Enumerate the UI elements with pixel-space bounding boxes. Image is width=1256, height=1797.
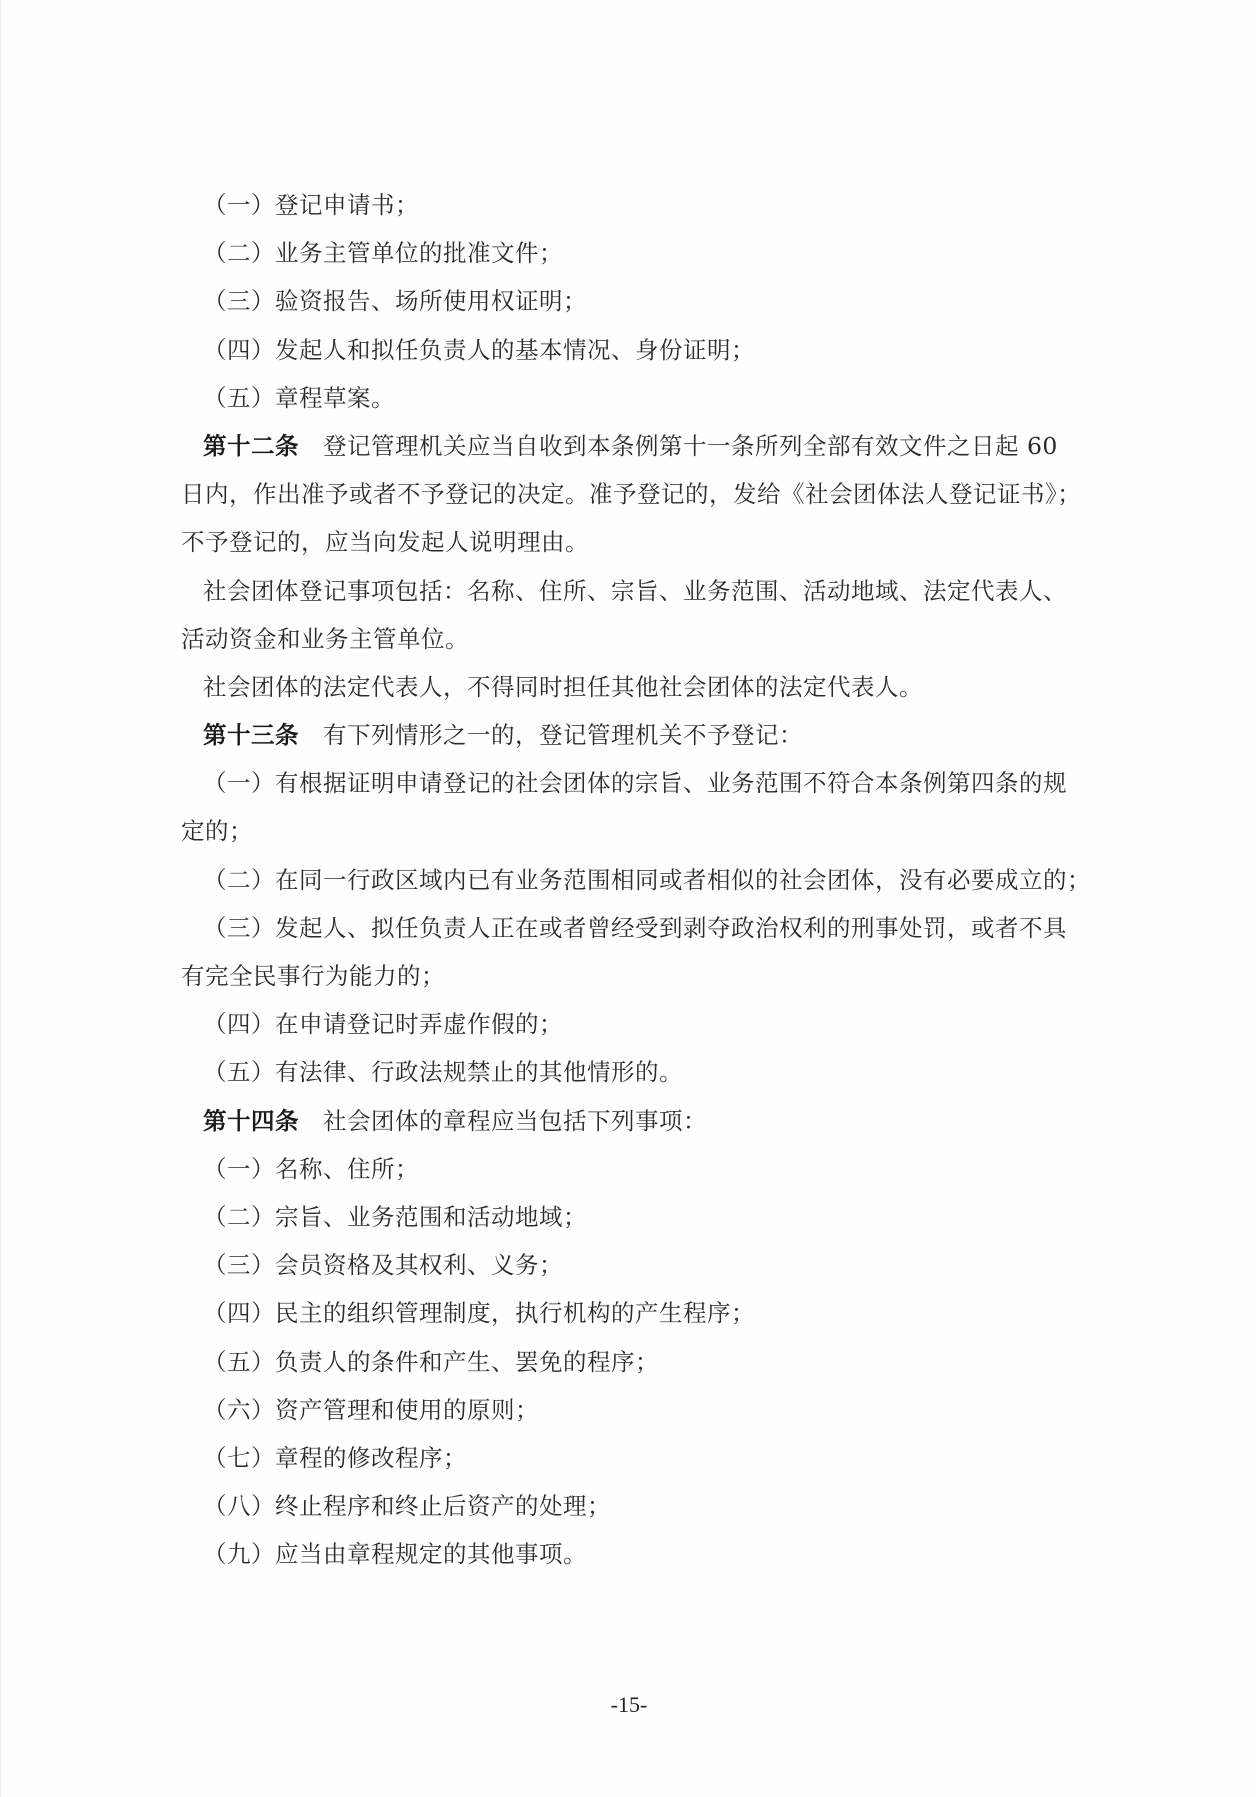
list-item: （一）登记申请书； (181, 181, 1131, 229)
page-number: -15- (1, 1692, 1256, 1718)
list-item: （一）名称、住所； (181, 1145, 1131, 1193)
paragraph-line: 不予登记的，应当向发起人说明理由。 (181, 518, 1131, 566)
list-item: （七）章程的修改程序； (181, 1434, 1131, 1482)
paragraph-line: 日内，作出准予或者不予登记的决定。准予登记的，发给《社会团体法人登记证书》； (181, 470, 1131, 518)
article-text: 有下列情形之一的，登记管理机关不予登记： (323, 721, 803, 749)
list-item: （三）会员资格及其权利、义务； (181, 1241, 1131, 1289)
document-page: （一）登记申请书； （二）业务主管单位的批准文件； （三）验资报告、场所使用权证… (0, 0, 1256, 1797)
paragraph-line: 社会团体的法定代表人，不得同时担任其他社会团体的法定代表人。 (181, 663, 1131, 711)
list-item: （五）有法律、行政法规禁止的其他情形的。 (181, 1048, 1131, 1096)
paragraph-line: 活动资金和业务主管单位。 (181, 615, 1131, 663)
list-item: （九）应当由章程规定的其他事项。 (181, 1530, 1131, 1578)
list-item: （四）发起人和拟任负责人的基本情况、身份证明； (181, 326, 1131, 374)
document-body: （一）登记申请书； （二）业务主管单位的批准文件； （三）验资报告、场所使用权证… (181, 181, 1131, 1578)
list-item: （四）民主的组织管理制度，执行机构的产生程序； (181, 1289, 1131, 1337)
article-12: 第十二条登记管理机关应当自收到本条例第十一条所列全部有效文件之日起 60 (181, 422, 1131, 470)
list-item: （二）在同一行政区域内已有业务范围相同或者相似的社会团体，没有必要成立的； (181, 856, 1131, 904)
list-item: （六）资产管理和使用的原则； (181, 1386, 1131, 1434)
list-item: （二）宗旨、业务范围和活动地域； (181, 1193, 1131, 1241)
article-label: 第十三条 (203, 721, 299, 749)
paragraph-line: 有完全民事行为能力的； (181, 952, 1131, 1000)
list-item: （二）业务主管单位的批准文件； (181, 229, 1131, 277)
article-label: 第十二条 (203, 432, 299, 460)
paragraph-line: 社会团体登记事项包括：名称、住所、宗旨、业务范围、活动地域、法定代表人、 (181, 567, 1131, 615)
article-text: 登记管理机关应当自收到本条例第十一条所列全部有效文件之日起 60 (323, 432, 1058, 460)
article-14: 第十四条社会团体的章程应当包括下列事项： (181, 1097, 1131, 1145)
article-13: 第十三条有下列情形之一的，登记管理机关不予登记： (181, 711, 1131, 759)
list-item: （一）有根据证明申请登记的社会团体的宗旨、业务范围不符合本条例第四条的规 (181, 759, 1131, 807)
list-item: （三）验资报告、场所使用权证明； (181, 277, 1131, 325)
article-label: 第十四条 (203, 1107, 299, 1135)
list-item: （四）在申请登记时弄虚作假的； (181, 1000, 1131, 1048)
list-item: （八）终止程序和终止后资产的处理； (181, 1482, 1131, 1530)
paragraph-line: 定的； (181, 807, 1131, 855)
list-item: （五）负责人的条件和产生、罢免的程序； (181, 1338, 1131, 1386)
article-text: 社会团体的章程应当包括下列事项： (323, 1107, 707, 1135)
list-item: （五）章程草案。 (181, 374, 1131, 422)
list-item: （三）发起人、拟任负责人正在或者曾经受到剥夺政治权利的刑事处罚，或者不具 (181, 904, 1131, 952)
